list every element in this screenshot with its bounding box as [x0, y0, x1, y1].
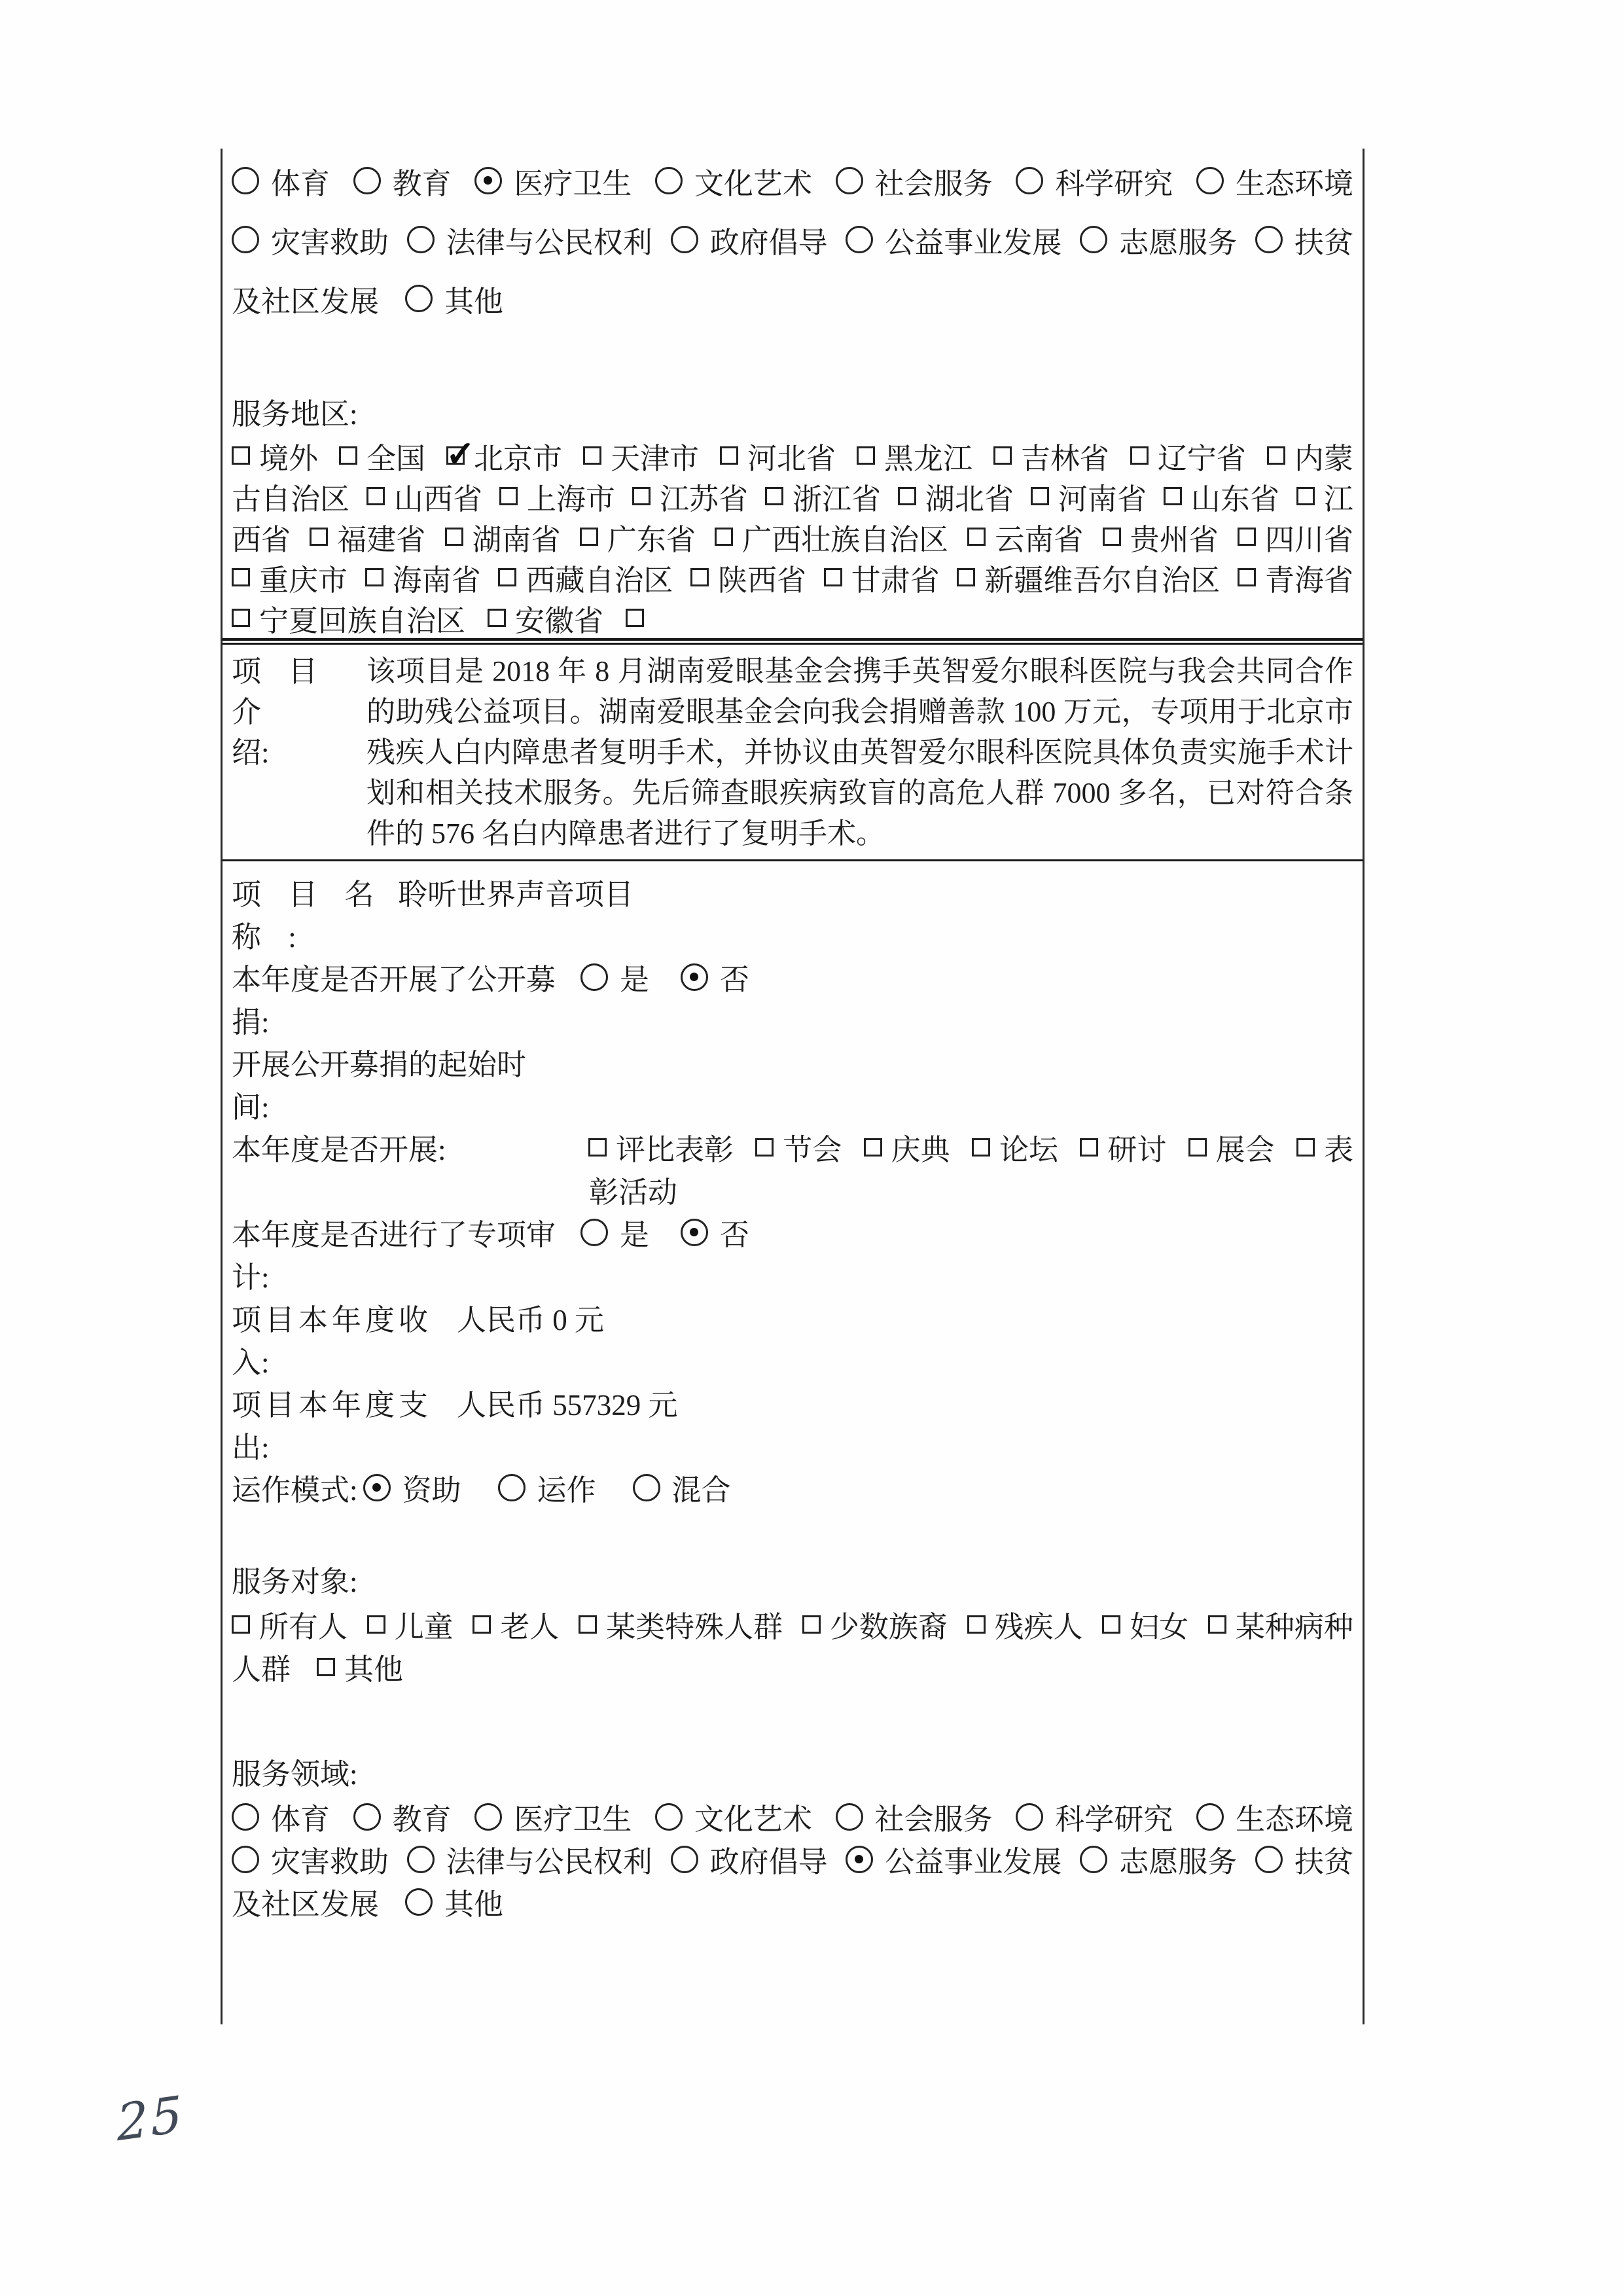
radio-option: 教育	[353, 1795, 452, 1838]
checkbox-icon	[1130, 446, 1149, 465]
option-label: 残疾人	[995, 1603, 1083, 1645]
option-label: 少数族裔	[830, 1603, 948, 1645]
radio-icon	[681, 963, 708, 991]
radio-icon	[580, 1219, 608, 1246]
checkbox-icon	[720, 446, 738, 465]
checkbox-option: 湖北省	[898, 475, 1014, 518]
radio-icon	[407, 226, 435, 253]
fundraising-start-time-label: 开展公开募捐的起始时	[232, 1041, 526, 1083]
checkbox-option: 上海市	[499, 475, 615, 518]
text-run: 西省	[232, 516, 291, 558]
radio-option: 混合	[633, 1466, 731, 1509]
option-label: 科学研究	[1055, 1795, 1173, 1838]
scanned-form-page: 体育教育医疗卫生文化艺术社会服务科学研究生态环境 灾害救助法律与公民权利政府倡导…	[0, 0, 1623, 2296]
checkbox-icon	[232, 446, 250, 465]
checkbox-option: 宁夏回族自治区	[232, 597, 465, 639]
checkbox-icon	[1296, 487, 1315, 505]
checkbox-icon	[317, 1658, 335, 1676]
activities-wrap-line: 彰活动	[232, 1168, 1353, 1211]
checkbox-option: 山西省	[366, 475, 482, 518]
public-fundraising-label-line2: 捐:	[232, 998, 270, 1041]
option-label: 西藏自治区	[526, 556, 673, 599]
annual-income-label-wrap: 入:	[232, 1338, 1353, 1381]
option-label: 某种病种	[1236, 1603, 1353, 1645]
checkbox-icon	[1238, 568, 1256, 586]
radio-icon	[681, 1219, 708, 1246]
activities-options: 评比表彰节会庆典论坛研讨展会表	[588, 1126, 1353, 1168]
checkbox-icon	[365, 568, 383, 586]
checkbox-option: 辽宁省	[1130, 435, 1246, 477]
public-fundraising-label-wrap: 捐:	[232, 998, 1353, 1041]
option-label: 其他	[444, 1880, 503, 1923]
radio-icon	[1016, 167, 1043, 194]
annual-income-value: 人民币 0 元	[457, 1296, 604, 1338]
radio-option: 其他	[405, 1880, 503, 1923]
option-label: 宁夏回族自治区	[259, 597, 465, 639]
operation-mode-label: 运作模式:	[232, 1466, 358, 1509]
fundraising-start-time-label-wrap: 间:	[232, 1083, 1353, 1126]
checkbox-option: 陕西省	[690, 556, 806, 599]
checkbox-option: 其他	[317, 1645, 403, 1688]
checkbox-option: 四川省	[1238, 516, 1353, 558]
option-label: 生态环境	[1236, 160, 1353, 202]
option-label: 否	[720, 1211, 749, 1253]
option-label: 四川省	[1265, 516, 1353, 558]
project-name-label-wrap: 称 :	[232, 913, 1353, 956]
option-label: 是	[620, 1211, 649, 1253]
annual-expense-label-wrap: 出:	[232, 1424, 1353, 1466]
project-name-label: 项 目 名	[232, 870, 389, 913]
checkbox-option: 吉林省	[993, 435, 1109, 477]
option-label: 河南省	[1058, 475, 1147, 518]
checkbox-icon	[446, 446, 465, 465]
radio-icon	[232, 167, 259, 194]
radio-icon	[498, 1474, 526, 1501]
activities-label: 本年度是否开展:	[232, 1126, 588, 1168]
radio-icon	[407, 1846, 435, 1873]
checkbox-icon	[580, 528, 598, 546]
checkbox-icon	[857, 446, 875, 465]
option-label: 妇女	[1130, 1603, 1188, 1645]
option-label: 辽宁省	[1158, 435, 1246, 477]
option-label: 法律与公民权利	[446, 1838, 652, 1880]
checkbox-icon	[1102, 1615, 1120, 1634]
checkbox-option: 山东省	[1164, 475, 1279, 518]
option-label: 福建省	[337, 516, 425, 558]
radio-icon	[1196, 1803, 1224, 1831]
option-label: 山西省	[394, 475, 482, 518]
radio-option: 是	[580, 1211, 649, 1253]
radio-option: 扶贫	[1255, 1838, 1353, 1880]
option-label: 体育	[271, 160, 330, 202]
checkbox-option: 天津市	[583, 435, 699, 477]
activities-wrap-text: 彰活动	[589, 1168, 677, 1211]
checkbox-icon	[824, 568, 842, 586]
checkbox-option: 展会	[1188, 1126, 1275, 1168]
option-label: 新疆维吾尔自治区	[984, 556, 1220, 599]
option-label: 是	[620, 956, 649, 998]
radio-icon	[353, 1803, 381, 1831]
checkbox-option: 重庆市	[232, 556, 348, 599]
checkbox-option: 儿童	[367, 1603, 454, 1645]
checkbox-icon	[632, 487, 651, 505]
checkbox-option: 表	[1296, 1126, 1353, 1168]
option-label: 庆典	[891, 1126, 950, 1168]
radio-option: 医疗卫生	[474, 160, 632, 202]
checkbox-option: 新疆维吾尔自治区	[957, 556, 1220, 599]
checkbox-icon	[972, 1138, 990, 1157]
option-label: 上海市	[527, 475, 615, 518]
checkbox-option: 评比表彰	[588, 1126, 734, 1168]
radio-icon	[232, 1846, 259, 1873]
special-audit-options: 是否	[580, 1211, 749, 1253]
checkbox-icon	[802, 1615, 821, 1634]
option-label: 陕西省	[718, 556, 806, 599]
option-label: 人群	[232, 1645, 291, 1688]
option-label: 境外	[259, 435, 318, 477]
radio-option: 志愿服务	[1080, 1838, 1237, 1880]
option-label: 海南省	[393, 556, 481, 599]
radio-option: 扶贫	[1255, 219, 1353, 261]
checkbox-option: 海南省	[365, 556, 481, 599]
service-field-options-line: 及社区发展其他	[232, 269, 1353, 328]
checkbox-option: 西藏自治区	[498, 556, 673, 599]
checkbox-icon	[957, 568, 975, 586]
annual-income-line: 项目本年度收 人民币 0 元	[232, 1296, 1353, 1338]
checkbox-option: 论坛	[972, 1126, 1058, 1168]
service-field-options-line: 及社区发展其他	[232, 1880, 1353, 1923]
checkbox-option: 甘肃省	[824, 556, 940, 599]
radio-option: 灾害救助	[232, 1838, 389, 1880]
checkbox-option: 河南省	[1031, 475, 1147, 518]
radio-option: 政府倡导	[671, 1838, 828, 1880]
service-field-label: 服务领域:	[232, 1753, 1353, 1795]
checkbox-icon	[765, 487, 783, 505]
annual-expense-value: 人民币 557329 元	[457, 1381, 678, 1424]
checkbox-option: 某种病种	[1208, 1603, 1353, 1645]
option-label: 政府倡导	[710, 1838, 828, 1880]
checkbox-icon	[1267, 446, 1285, 465]
annual-expense-label-line2: 出:	[232, 1424, 270, 1466]
checkbox-icon	[1188, 1138, 1207, 1157]
checkbox-option: 青海省	[1238, 556, 1353, 599]
fundraising-start-time-label-line2: 间:	[232, 1083, 270, 1126]
radio-icon	[405, 285, 433, 312]
checkbox-option: 浙江省	[765, 475, 881, 518]
radio-icon	[1196, 167, 1224, 194]
checkbox-icon	[339, 446, 357, 465]
option-label: 湖南省	[473, 516, 561, 558]
option-label: 及社区发展	[232, 1880, 379, 1923]
option-label: 节会	[783, 1126, 842, 1168]
option-label: 全国	[366, 435, 425, 477]
public-fundraising-label: 本年度是否开展了公开募	[232, 956, 556, 998]
fundraising-start-time-line: 开展公开募捐的起始时	[232, 1041, 1353, 1083]
service-region-line: 重庆市海南省西藏自治区陕西省甘肃省新疆维吾尔自治区青海省	[232, 557, 1353, 598]
checkbox-icon	[690, 568, 709, 586]
radio-icon	[363, 1474, 391, 1501]
option-label: 山东省	[1191, 475, 1279, 518]
checkbox-icon	[1164, 487, 1182, 505]
checkbox-icon	[864, 1138, 882, 1157]
checkbox-icon	[967, 1615, 986, 1634]
option-label: 灾害救助	[271, 219, 389, 261]
text-run: 及社区发展	[232, 1880, 379, 1923]
service-target-line: 人群其他	[232, 1645, 1353, 1688]
option-label: 灾害救助	[271, 1838, 389, 1880]
radio-icon	[353, 167, 381, 194]
option-label: 混合	[672, 1466, 731, 1509]
option-label: 其他	[344, 1645, 403, 1688]
checkbox-option: 江苏省	[632, 475, 748, 518]
radio-option: 体育	[232, 1795, 330, 1838]
checkbox-option: 妇女	[1102, 1603, 1188, 1645]
checkbox-icon	[1238, 528, 1256, 546]
annual-expense-line: 项目本年度支 人民币 557329 元	[232, 1381, 1353, 1424]
radio-option: 运作	[498, 1466, 596, 1509]
option-label: 扶贫	[1294, 219, 1353, 261]
radio-option: 公益事业发展	[846, 219, 1061, 261]
radio-icon	[671, 1846, 698, 1873]
option-label: 研讨	[1107, 1126, 1166, 1168]
form-table: 体育教育医疗卫生文化艺术社会服务科学研究生态环境 灾害救助法律与公民权利政府倡导…	[221, 149, 1364, 2024]
public-fundraising-line: 本年度是否开展了公开募 是否	[232, 956, 1353, 998]
special-audit-label-line2: 计:	[232, 1253, 270, 1296]
radio-icon	[671, 226, 698, 253]
option-label: 体育	[271, 1795, 330, 1838]
project-name-line: 项 目 名 聆听世界声音项目	[232, 870, 1353, 913]
checkbox-option	[626, 609, 653, 627]
option-label: 运作	[537, 1466, 596, 1509]
checkbox-icon	[715, 528, 733, 546]
checkbox-option: 湖南省	[445, 516, 561, 558]
option-label: 西省	[232, 516, 291, 558]
checkbox-icon	[967, 528, 986, 546]
radio-option: 社会服务	[836, 160, 993, 202]
option-label: 医疗卫生	[514, 1795, 632, 1838]
service-target-line: 所有人儿童老人某类特殊人群少数族裔残疾人妇女某种病种	[232, 1603, 1353, 1645]
checkbox-option: 内蒙	[1267, 435, 1353, 477]
option-label: 广东省	[607, 516, 696, 558]
option-label: 论坛	[999, 1126, 1058, 1168]
service-target-label: 服务对象:	[232, 1561, 1353, 1603]
checkbox-icon	[367, 1615, 385, 1634]
radio-icon	[1080, 1846, 1107, 1873]
checkbox-icon	[232, 609, 250, 627]
checkbox-option: 庆典	[864, 1126, 950, 1168]
checkbox-icon	[1103, 528, 1121, 546]
text-run: 及社区发展	[232, 278, 379, 320]
option-label: 社会服务	[875, 160, 993, 202]
service-field-options-line: 体育教育医疗卫生文化艺术社会服务科学研究生态环境	[232, 1795, 1353, 1838]
radio-option: 是	[580, 956, 649, 998]
project-name-label-line2: 称 :	[232, 913, 296, 956]
radio-option: 体育	[232, 160, 330, 202]
radio-icon	[474, 167, 502, 194]
checkbox-icon	[310, 528, 328, 546]
option-label: 某类特殊人群	[606, 1603, 783, 1645]
option-label: 江苏省	[660, 475, 748, 518]
option-label: 所有人	[259, 1603, 348, 1645]
handwritten-page-number: 25	[116, 2084, 186, 2152]
radio-icon	[1255, 226, 1283, 253]
option-label: 及社区发展	[232, 278, 379, 320]
option-label: 志愿服务	[1119, 219, 1237, 261]
annual-expense-label: 项目本年度支	[232, 1381, 432, 1424]
checkbox-icon	[1296, 1138, 1315, 1157]
option-label: 青海省	[1265, 556, 1353, 599]
radio-option: 文化艺术	[655, 1795, 812, 1838]
option-label: 否	[720, 956, 749, 998]
project-intro-label-line2: 绍:	[232, 732, 356, 773]
special-audit-label: 本年度是否进行了专项审	[232, 1211, 556, 1253]
radio-icon	[836, 167, 863, 194]
row-divider	[223, 638, 1363, 645]
option-label: 公益事业发展	[885, 1838, 1061, 1880]
radio-option: 志愿服务	[1080, 219, 1237, 261]
radio-icon	[846, 1846, 873, 1873]
radio-icon	[405, 1888, 433, 1916]
option-label: 北京市	[474, 435, 562, 477]
radio-option: 公益事业发展	[846, 1838, 1061, 1880]
option-label: 黑龙江	[884, 435, 972, 477]
section-project-intro: 项 目 介 绍: 该项目是 2018 年 8 月湖南爱眼基金会携手英智爱尔眼科医…	[232, 645, 1353, 859]
section-project-details: 项 目 名 聆听世界声音项目 称 : 本年度是否开展了公开募 是否 捐: 开展公…	[232, 861, 1353, 1923]
checkbox-option: 河北省	[720, 435, 836, 477]
service-region-line: 古自治区山西省上海市江苏省浙江省湖北省河南省山东省江	[232, 476, 1353, 516]
checkbox-option: 某类特殊人群	[579, 1603, 783, 1645]
checkbox-icon	[498, 568, 516, 586]
option-label: 表	[1324, 1126, 1353, 1168]
option-label: 展会	[1216, 1126, 1275, 1168]
checkbox-icon	[1208, 1615, 1226, 1634]
checkbox-option: 贵州省	[1103, 516, 1219, 558]
radio-icon	[655, 1803, 683, 1831]
radio-option: 教育	[353, 160, 452, 202]
checkbox-option: 福建省	[310, 516, 425, 558]
project-intro-label: 项 目 介 绍:	[232, 651, 356, 854]
option-label: 贵州省	[1130, 516, 1219, 558]
checkbox-icon	[583, 446, 601, 465]
option-label: 其他	[444, 278, 503, 320]
radio-option: 医疗卫生	[474, 1795, 632, 1838]
checkbox-icon	[232, 568, 250, 586]
operation-mode-options: 资助运作混合	[363, 1466, 731, 1509]
radio-option: 法律与公民权利	[407, 219, 652, 261]
option-label: 资助	[402, 1466, 461, 1509]
project-name-value: 聆听世界声音项目	[398, 870, 633, 913]
option-label: 内蒙	[1294, 435, 1353, 477]
radio-option: 生态环境	[1196, 1795, 1353, 1838]
checkbox-icon	[473, 1615, 491, 1634]
checkbox-option: 黑龙江	[857, 435, 972, 477]
option-label: 甘肃省	[851, 556, 940, 599]
service-region-line: 境外全国北京市天津市河北省黑龙江吉林省辽宁省内蒙	[232, 435, 1353, 476]
radio-icon	[1080, 226, 1107, 253]
option-label: 政府倡导	[710, 219, 828, 261]
checkbox-icon	[626, 609, 644, 627]
radio-option: 否	[681, 956, 749, 998]
special-audit-line: 本年度是否进行了专项审 是否	[232, 1211, 1353, 1253]
public-fundraising-options: 是否	[580, 956, 749, 998]
option-label: 社会服务	[875, 1795, 993, 1838]
option-label: 广西壮族自治区	[742, 516, 948, 558]
radio-option: 否	[681, 1211, 749, 1253]
service-region-line: 西省福建省湖南省广东省广西壮族自治区云南省贵州省四川省	[232, 516, 1353, 557]
radio-option: 资助	[363, 1466, 461, 1509]
text-run: 人群	[232, 1645, 291, 1688]
checkbox-option: 老人	[473, 1603, 559, 1645]
checkbox-option: 所有人	[232, 1603, 348, 1645]
checkbox-icon	[588, 1138, 607, 1157]
checkbox-icon	[1031, 487, 1049, 505]
radio-icon	[474, 1803, 502, 1831]
radio-option: 科学研究	[1016, 1795, 1173, 1838]
section-service-field-top: 体育教育医疗卫生文化艺术社会服务科学研究生态环境 灾害救助法律与公民权利政府倡导…	[232, 149, 1353, 638]
option-label: 生态环境	[1236, 1795, 1353, 1838]
radio-option: 政府倡导	[671, 219, 828, 261]
service-field-options-line: 灾害救助法律与公民权利政府倡导公益事业发展志愿服务扶贫	[232, 210, 1353, 269]
project-intro-text: 该项目是 2018 年 8 月湖南爱眼基金会携手英智爱尔眼科医院与我会共同合作的…	[366, 651, 1353, 854]
radio-option: 其他	[405, 278, 503, 320]
radio-option: 生态环境	[1196, 160, 1353, 202]
radio-icon	[232, 1803, 259, 1831]
service-region-line: 宁夏回族自治区安徽省	[232, 598, 1353, 638]
service-field-options-line: 灾害救助法律与公民权利政府倡导公益事业发展志愿服务扶贫	[232, 1838, 1353, 1880]
option-label: 志愿服务	[1119, 1838, 1237, 1880]
checkbox-option: 广东省	[580, 516, 696, 558]
checkbox-icon	[755, 1138, 774, 1157]
checkbox-option: 节会	[755, 1126, 842, 1168]
checkbox-icon	[993, 446, 1012, 465]
option-label: 云南省	[995, 516, 1083, 558]
option-label: 公益事业发展	[885, 219, 1061, 261]
service-field-options-line: 体育教育医疗卫生文化艺术社会服务科学研究生态环境	[232, 151, 1353, 210]
option-label: 教育	[393, 160, 452, 202]
option-label: 医疗卫生	[514, 160, 632, 202]
checkbox-icon	[1080, 1138, 1098, 1157]
checkbox-option: 全国	[339, 435, 425, 477]
radio-option: 社会服务	[836, 1795, 993, 1838]
checkbox-option: 安徽省	[488, 597, 603, 639]
radio-icon	[580, 963, 608, 991]
radio-option: 灾害救助	[232, 219, 389, 261]
option-label: 河北省	[747, 435, 836, 477]
radio-icon	[846, 226, 873, 253]
special-audit-label-wrap: 计:	[232, 1253, 1353, 1296]
checkbox-option: 研讨	[1080, 1126, 1166, 1168]
checkbox-option: 江	[1296, 475, 1353, 518]
radio-icon	[232, 226, 259, 253]
radio-option: 法律与公民权利	[407, 1838, 652, 1880]
option-label: 科学研究	[1055, 160, 1173, 202]
checkbox-option: 境外	[232, 435, 318, 477]
radio-option: 科学研究	[1016, 160, 1173, 202]
annual-income-label: 项目本年度收	[232, 1296, 432, 1338]
radio-icon	[836, 1803, 863, 1831]
option-label: 重庆市	[259, 556, 348, 599]
option-label: 江	[1324, 475, 1353, 518]
radio-icon	[633, 1474, 660, 1501]
option-label: 法律与公民权利	[446, 219, 652, 261]
option-label: 湖北省	[925, 475, 1014, 518]
activities-line: 本年度是否开展: 评比表彰节会庆典论坛研讨展会表	[232, 1126, 1353, 1168]
checkbox-icon	[499, 487, 518, 505]
radio-icon	[655, 167, 683, 194]
option-label: 天津市	[611, 435, 699, 477]
checkbox-icon	[488, 609, 506, 627]
operation-mode-line: 运作模式: 资助运作混合	[232, 1466, 1353, 1509]
